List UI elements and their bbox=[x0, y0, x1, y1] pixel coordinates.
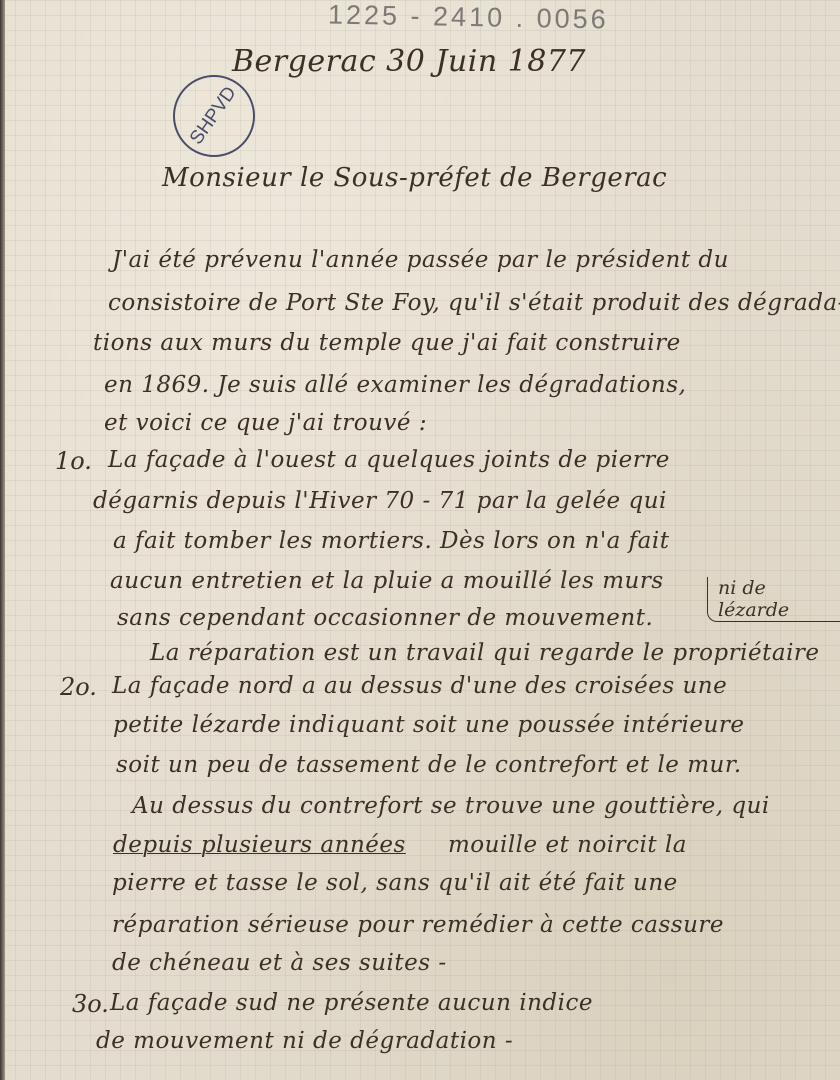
stamp-text: SHPVD bbox=[186, 83, 242, 149]
letter-line: sans cependant occasionner de mouvement. bbox=[117, 605, 653, 631]
archive-stamp: SHPVD bbox=[173, 75, 255, 157]
dateline: Bergerac 30 Juin 1877 bbox=[232, 44, 586, 79]
letter-line: en 1869. Je suis allé examiner les dégra… bbox=[104, 372, 686, 398]
letter-line: Au dessus du contrefort se trouve une go… bbox=[132, 793, 770, 819]
letter-line: pierre et tasse le sol, sans qu'il ait é… bbox=[112, 870, 678, 896]
item-number: 2o. bbox=[60, 673, 97, 701]
letter-line: petite lézarde indiquant soit une poussé… bbox=[113, 712, 744, 738]
letter-line: J'ai été prévenu l'année passée par le p… bbox=[112, 247, 729, 273]
letter-line: La réparation est un travail qui regarde… bbox=[150, 640, 820, 666]
letter-line: et voici ce que j'ai trouvé : bbox=[104, 410, 427, 436]
archive-number: 1225 - 2410 . 0056 bbox=[328, 0, 609, 35]
underlined-phrase: depuis plusieurs années bbox=[113, 832, 406, 858]
item-number: 3o. bbox=[72, 990, 109, 1018]
interlinear-insertion: ni de lézarde bbox=[707, 577, 840, 622]
letter-line: consistoire de Port Ste Foy, qu'il s'éta… bbox=[108, 290, 840, 316]
letter-line: dégarnis depuis l'Hiver 70 - 71 par la g… bbox=[93, 488, 667, 514]
letter-line: a fait tomber les mortiers. Dès lors on … bbox=[113, 528, 670, 554]
letter-line: La façade nord a au dessus d'une des cro… bbox=[112, 673, 727, 699]
letter-line: de mouvement ni de dégradation - bbox=[96, 1028, 513, 1054]
letter-line: aucun entretien et la pluie a mouillé le… bbox=[110, 568, 664, 594]
salutation: Monsieur le Sous-préfet de Bergerac bbox=[162, 163, 667, 193]
letter-page: 1225 - 2410 . 0056 SHPVD Bergerac 30 Jui… bbox=[0, 0, 840, 1080]
letter-line: tions aux murs du temple que j'ai fait c… bbox=[93, 330, 681, 356]
letter-line: soit un peu de tassement de le contrefor… bbox=[116, 752, 742, 778]
letter-line: La façade à l'ouest a quelques joints de… bbox=[108, 447, 670, 473]
item-number: 1o. bbox=[55, 447, 92, 475]
page-edge-shadow bbox=[0, 0, 5, 1080]
letter-line: La façade sud ne présente aucun indice bbox=[110, 990, 593, 1016]
letter-line: mouille et noircit la bbox=[448, 832, 687, 858]
letter-line: de chéneau et à ses suites - bbox=[112, 950, 447, 976]
letter-line: réparation sérieuse pour remédier à cett… bbox=[112, 912, 724, 938]
